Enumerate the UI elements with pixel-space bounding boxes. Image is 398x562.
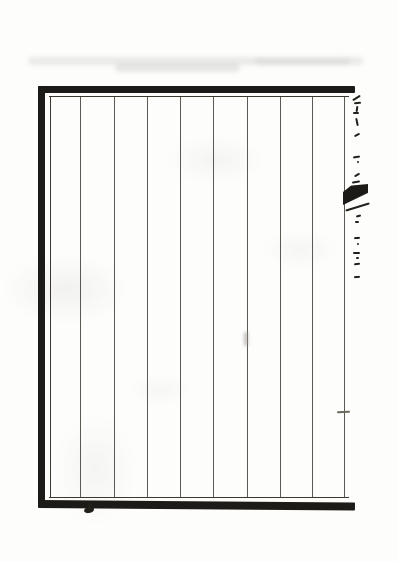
column-rule-line [280, 97, 281, 498]
frame-top-border [38, 86, 355, 93]
column-rule-line [247, 97, 248, 498]
glyph-fragment-mark [356, 214, 361, 217]
column-rule-line [312, 97, 313, 498]
glyph-fragment-mark [352, 180, 360, 183]
glyph-fragment-mark [356, 257, 359, 259]
fishtail-mark [343, 184, 368, 205]
glyph-fragment-mark [353, 252, 360, 254]
column-rule-line [213, 97, 214, 498]
glyph-fragment-mark [354, 263, 360, 265]
glyph-fragment-mark [337, 411, 350, 413]
glyph-fragment-mark [354, 102, 361, 104]
glyph-fragment-mark [354, 276, 360, 278]
glyph-fragment-mark [355, 221, 359, 223]
glyph-fragment-mark [244, 332, 248, 346]
scan-smudge-patch [255, 58, 350, 65]
scan-smudge-patch [115, 63, 240, 72]
glyph-fragment-mark [357, 243, 359, 245]
inner-left-line [50, 96, 51, 498]
glyph-fragment-mark [355, 118, 359, 126]
column-rule-line [147, 97, 148, 498]
glyph-fragment-mark [357, 161, 359, 163]
column-rule-line [344, 97, 345, 498]
glyph-fragment-mark [353, 156, 360, 159]
inner-bottom-line [49, 497, 349, 498]
scanned-book-page [0, 0, 398, 562]
glyph-fragment-mark [352, 95, 361, 101]
column-rule-line [114, 97, 115, 498]
glyph-fragment-mark [354, 133, 360, 137]
glyph-fragment-mark [345, 202, 369, 211]
glyph-fragment-mark [354, 173, 360, 178]
glyph-fragment-mark [353, 112, 359, 114]
glyph-fragment-mark [354, 237, 360, 239]
inner-top-line [49, 96, 349, 97]
column-rule-line [80, 97, 81, 498]
frame-left-border [38, 86, 45, 508]
column-rule-line [180, 97, 181, 498]
